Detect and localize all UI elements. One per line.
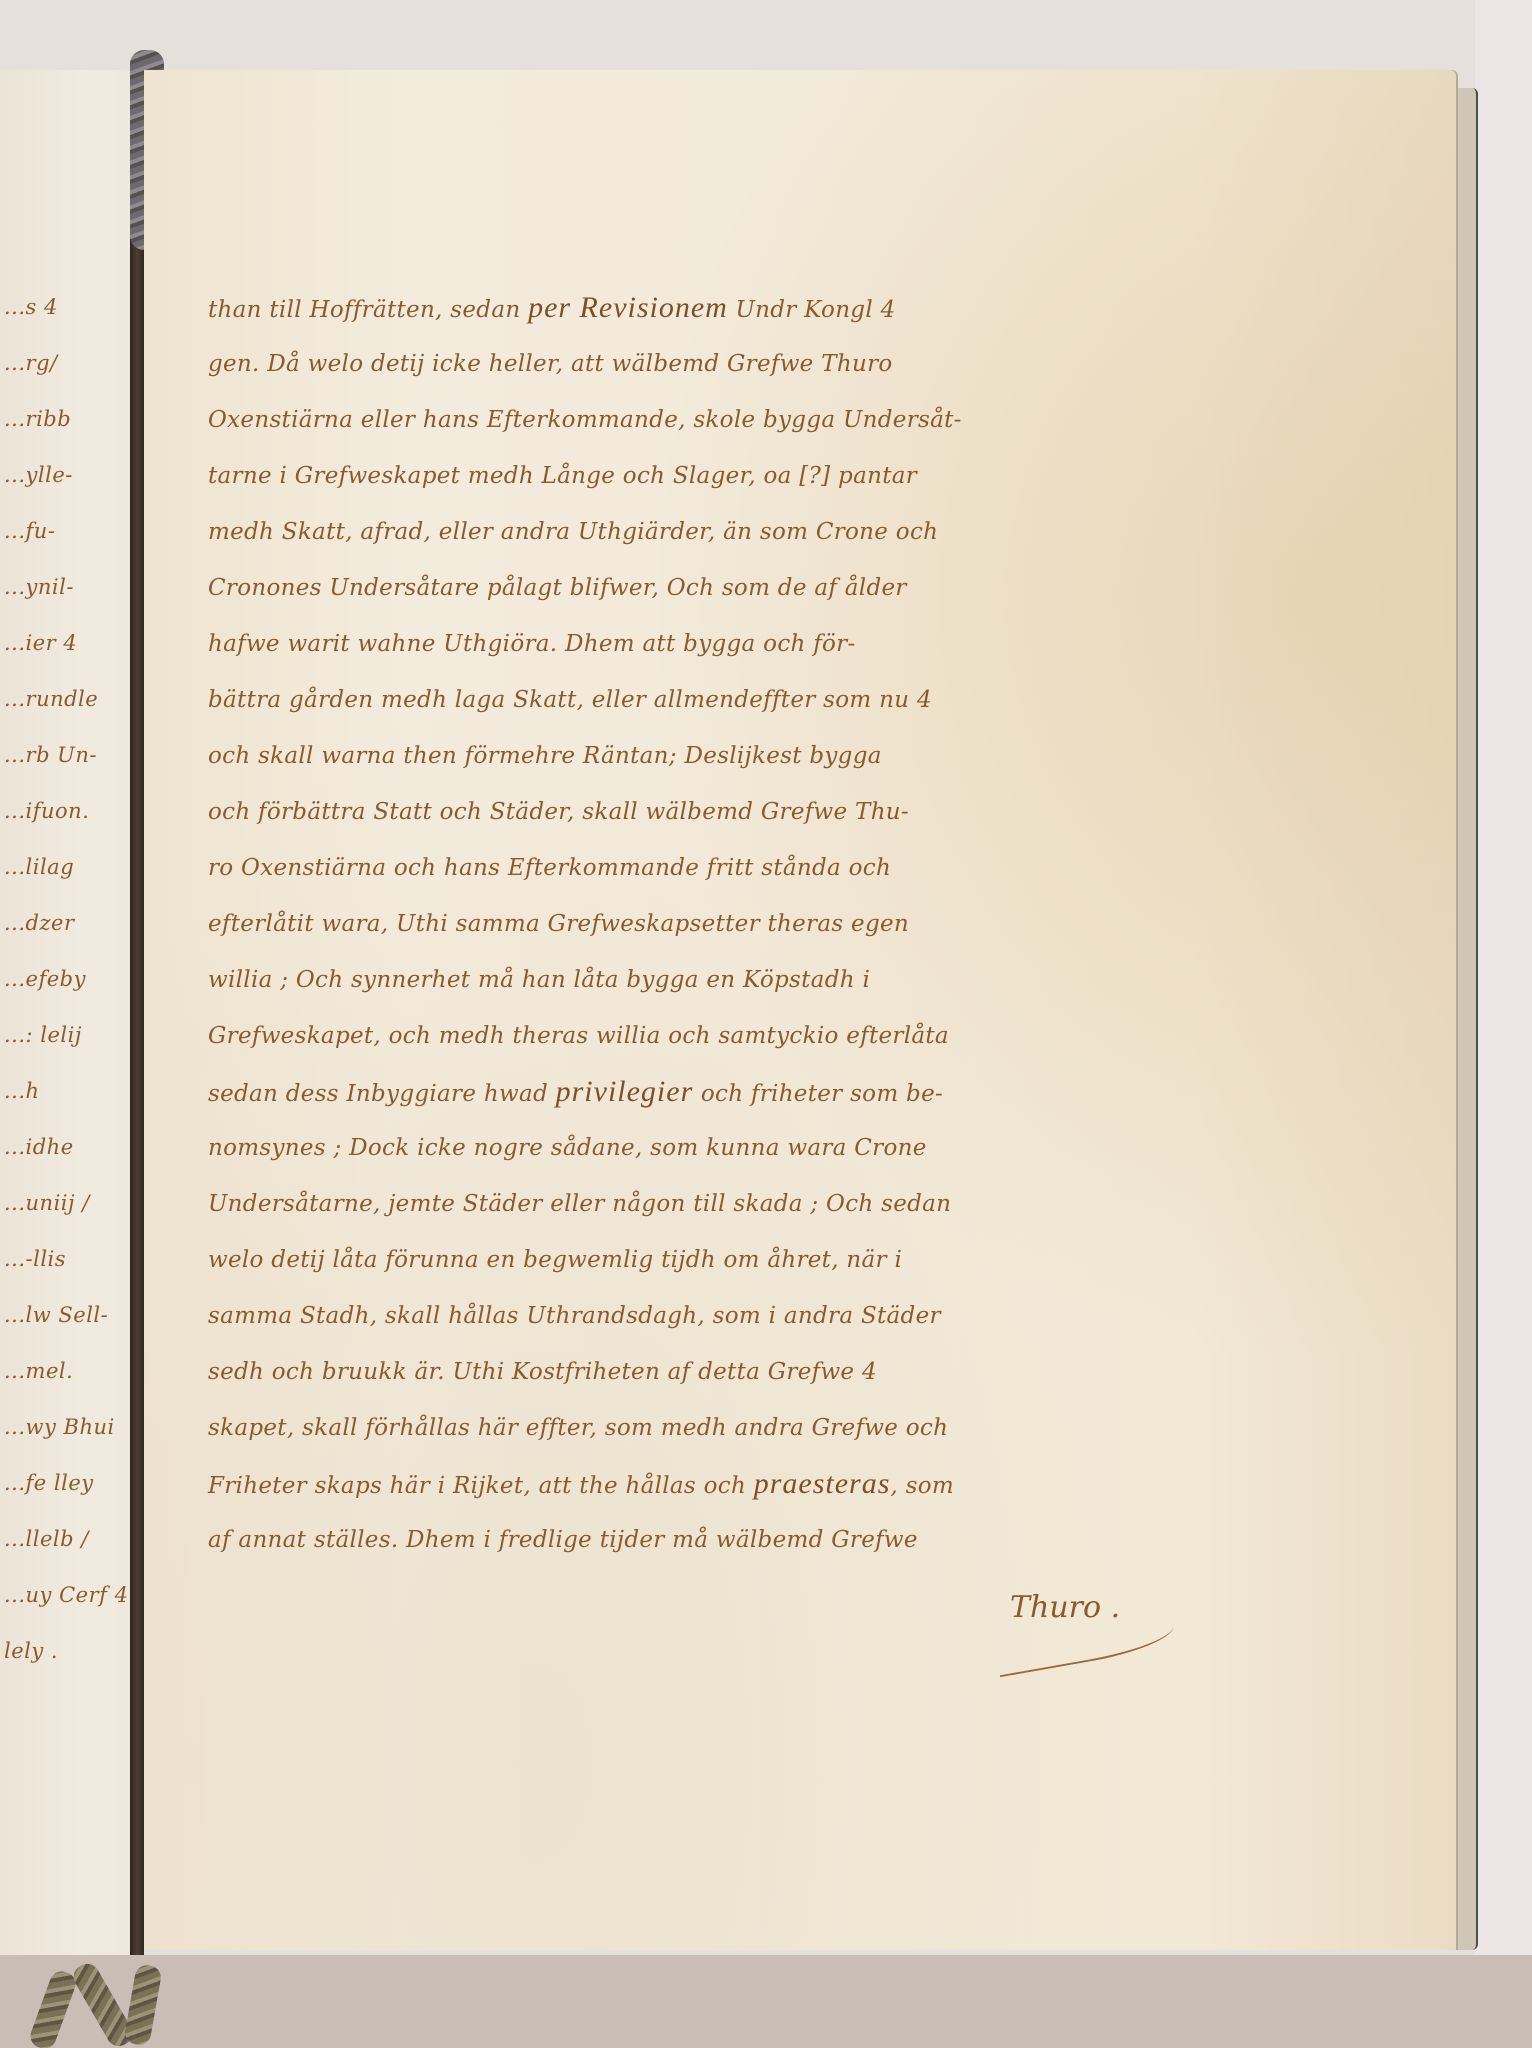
latin-phrase: privilegier <box>556 1075 694 1108</box>
line-text: than till Hoffrätten, sedan <box>208 297 528 323</box>
line-text-continued: Undr Kongl 4 <box>728 297 896 323</box>
left-page-fragment: ...efeby <box>4 967 86 991</box>
manuscript-line: efterlåtit wara, Uthi samma Grefweskapse… <box>208 896 1183 952</box>
manuscript-line: medh Skatt, afrad, eller andra Uthgiärde… <box>208 504 1183 560</box>
left-page-fragment: ...s 4 <box>4 295 58 319</box>
manuscript-line: Oxenstiärna eller hans Efterkommande, sk… <box>208 392 1183 448</box>
line-text: willia ; Och synnerhet må han låta bygga… <box>208 967 870 993</box>
manuscript-line: nomsynes ; Dock icke nogre sådane, som k… <box>208 1120 1183 1176</box>
left-page-fragment: ...rundle <box>4 687 98 711</box>
left-page-fragment: ...dzer <box>4 911 75 935</box>
line-text: nomsynes ; Dock icke nogre sådane, som k… <box>208 1135 927 1161</box>
page-stack-edge <box>1458 88 1478 1950</box>
manuscript-line: hafwe warit wahne Uthgiöra. Dhem att byg… <box>208 616 1183 672</box>
left-page-fragment: ...lw Sell- <box>4 1303 108 1327</box>
left-page-fragment: ...mel. <box>4 1359 73 1383</box>
signature: Thuro . <box>1010 1590 1120 1625</box>
line-text: sedh och bruukk är. Uthi Kostfriheten af… <box>208 1359 877 1385</box>
manuscript-line: sedan dess Inbyggiare hwad privilegier o… <box>208 1064 1183 1120</box>
line-text: Oxenstiärna eller hans Efterkommande, sk… <box>208 407 962 433</box>
manuscript-line: skapet, skall förhållas här effter, som … <box>208 1400 1183 1456</box>
manuscript-line: welo detij låta förunna en begwemlig tij… <box>208 1232 1183 1288</box>
left-page-fragment: ...fe lley <box>4 1471 94 1495</box>
manuscript-line: Cronones Undersåtare pålagt blifwer, Och… <box>208 560 1183 616</box>
line-text: Undersåtarne, jemte Städer eller någon t… <box>208 1191 951 1217</box>
scan-background-right <box>1475 0 1532 2048</box>
line-text: och skall warna then förmehre Räntan; De… <box>208 743 882 769</box>
manuscript-line: Friheter skaps här i Rijket, att the hål… <box>208 1456 1183 1512</box>
left-page-fragment: ...ylle- <box>4 463 73 487</box>
manuscript-line: samma Stadh, skall hållas Uthrandsdagh, … <box>208 1288 1183 1344</box>
left-page-fragment: ...uy Cerf 4 <box>4 1583 128 1607</box>
manuscript-line: ro Oxenstiärna och hans Efterkommande fr… <box>208 840 1183 896</box>
manuscript-line: och förbättra Statt och Städer, skall wä… <box>208 784 1183 840</box>
left-page-fragment: ...wy Bhui <box>4 1415 115 1439</box>
left-page-fragment: ...lilag <box>4 855 74 879</box>
left-page-fragment: ...ier 4 <box>4 631 77 655</box>
manuscript-line: than till Hoffrätten, sedan per Revision… <box>208 280 1183 336</box>
line-text: welo detij låta förunna en begwemlig tij… <box>208 1247 902 1273</box>
line-text: sedan dess Inbyggiare hwad <box>208 1081 556 1107</box>
manuscript-line: Grefweskapet, och medh theras willia och… <box>208 1008 1183 1064</box>
left-page-fragment: ...ribb <box>4 407 71 431</box>
line-text: Cronones Undersåtare pålagt blifwer, Och… <box>208 575 907 601</box>
latin-phrase: per Revisionem <box>528 291 728 324</box>
line-text: medh Skatt, afrad, eller andra Uthgiärde… <box>208 519 938 545</box>
manuscript-line: willia ; Och synnerhet må han låta bygga… <box>208 952 1183 1008</box>
line-text: ro Oxenstiärna och hans Efterkommande fr… <box>208 855 891 881</box>
line-text: och förbättra Statt och Städer, skall wä… <box>208 799 909 825</box>
line-text: Grefweskapet, och medh theras willia och… <box>208 1023 949 1049</box>
line-text: Friheter skaps här i Rijket, att the hål… <box>208 1473 754 1499</box>
manuscript-line: tarne i Grefweskapet medh Långe och Slag… <box>208 448 1183 504</box>
left-page-fragment: ...rg/ <box>4 351 58 375</box>
left-page-fragment: ...: lelij <box>4 1023 82 1047</box>
left-page-fragment: ...ifuon. <box>4 799 89 823</box>
left-page: ...s 4...rg/...ribb...ylle-...fu-...ynil… <box>0 70 133 1955</box>
book-gutter <box>130 70 144 1955</box>
manuscript-line: bättra gården medh laga Skatt, eller all… <box>208 672 1183 728</box>
latin-phrase: praesteras <box>754 1467 891 1500</box>
line-text: gen. Då welo detij icke heller, att wälb… <box>208 351 893 377</box>
binding-cord-bottom <box>30 1960 160 2048</box>
line-text: efterlåtit wara, Uthi samma Grefweskapse… <box>208 911 909 937</box>
line-text: tarne i Grefweskapet medh Långe och Slag… <box>208 463 917 489</box>
manuscript-line: gen. Då welo detij icke heller, att wälb… <box>208 336 1183 392</box>
left-page-fragment: ...idhe <box>4 1135 74 1159</box>
manuscript-text: than till Hoffrätten, sedan per Revision… <box>208 280 1183 1568</box>
line-text-continued: och friheter som be- <box>693 1081 943 1107</box>
left-page-fragment: ...ynil- <box>4 575 74 599</box>
scan-background-bottom <box>0 1955 1532 2048</box>
manuscript-line: Undersåtarne, jemte Städer eller någon t… <box>208 1176 1183 1232</box>
manuscript-line: af annat ställes. Dhem i fredlige tijder… <box>208 1512 1183 1568</box>
line-text-continued: , som <box>890 1473 954 1499</box>
line-text: skapet, skall förhållas här effter, som … <box>208 1415 948 1441</box>
left-page-fragment: ...-llis <box>4 1247 66 1271</box>
left-page-fragment: ...llelb / <box>4 1527 89 1551</box>
left-page-fragment: ...uniij / <box>4 1191 90 1215</box>
left-page-fragment: ...fu- <box>4 519 55 543</box>
line-text: bättra gården medh laga Skatt, eller all… <box>208 687 932 713</box>
line-text: samma Stadh, skall hållas Uthrandsdagh, … <box>208 1303 941 1329</box>
left-page-fragment: ...h <box>4 1079 40 1103</box>
manuscript-line: och skall warna then förmehre Räntan; De… <box>208 728 1183 784</box>
manuscript-line: sedh och bruukk är. Uthi Kostfriheten af… <box>208 1344 1183 1400</box>
line-text: af annat ställes. Dhem i fredlige tijder… <box>208 1527 918 1553</box>
line-text: hafwe warit wahne Uthgiöra. Dhem att byg… <box>208 631 856 657</box>
left-page-fragment: lely . <box>4 1639 58 1663</box>
left-page-fragment: ...rb Un- <box>4 743 97 767</box>
